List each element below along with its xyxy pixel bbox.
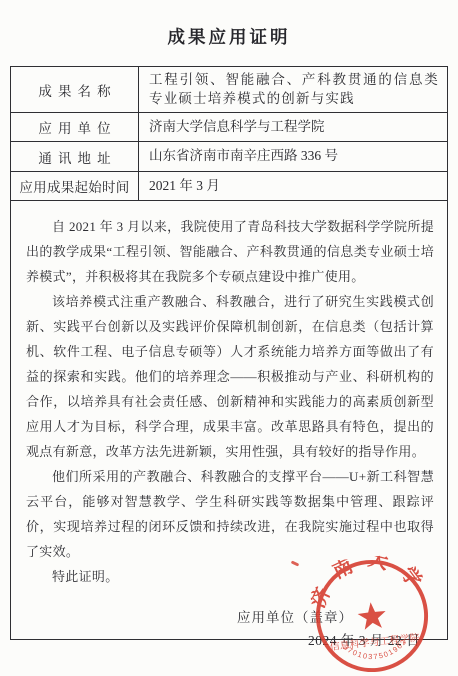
- table-row: 应用单位 济南大学信息科学与工程学院: [11, 113, 447, 142]
- info-table: 成果名称 工程引领、智能融合、产科教贯通的信息类专业硕士培养模式的创新与实践 应…: [11, 67, 447, 201]
- certificate-page: 成果应用证明 成果名称 工程引领、智能融合、产科教贯通的信息类专业硕士培养模式的…: [0, 0, 458, 676]
- row-value-applying-unit: 济南大学信息科学与工程学院: [139, 113, 447, 141]
- row-label-achievement-name: 成果名称: [11, 67, 139, 112]
- body-paragraph-2: 该培养模式注重产教融合、科教融合，进行了研究生实践模式创新、实践平台创新以及实践…: [26, 289, 434, 464]
- body-paragraph-3: 他们所采用的产教融合、科教融合的支撑平台——U+新工科智慧云平台，能够对智慧教学…: [26, 464, 434, 564]
- table-row: 通讯地址 山东省济南市南辛庄西路 336 号: [11, 142, 447, 172]
- row-label-mailing-address: 通讯地址: [11, 142, 139, 171]
- body-paragraph-4: 特此证明。: [26, 564, 434, 589]
- content-border-box: 成果名称 工程引领、智能融合、产科教贯通的信息类专业硕士培养模式的创新与实践 应…: [10, 66, 448, 640]
- row-value-achievement-name: 工程引领、智能融合、产科教贯通的信息类专业硕士培养模式的创新与实践: [139, 67, 447, 112]
- table-row: 成果名称 工程引领、智能融合、产科教贯通的信息类专业硕士培养模式的创新与实践: [11, 67, 447, 113]
- row-value-mailing-address: 山东省济南市南辛庄西路 336 号: [139, 142, 447, 171]
- row-value-start-date: 2021 年 3 月: [139, 172, 447, 200]
- body-text: 自 2021 年 3 月以来，我院使用了青岛科技大学数据科学学院所提出的教学成果…: [11, 201, 447, 589]
- row-label-applying-unit: 应用单位: [11, 113, 139, 141]
- body-paragraph-1: 自 2021 年 3 月以来，我院使用了青岛科技大学数据科学学院所提出的教学成果…: [26, 214, 434, 289]
- signature-unit-label: 应用单位（盖章）: [237, 606, 353, 626]
- signature-date: 2024 年 3 月 22 日: [308, 629, 420, 649]
- row-label-start-date: 应用成果起始时间: [11, 172, 139, 200]
- page-title: 成果应用证明: [0, 24, 458, 49]
- table-row: 应用成果起始时间 2021 年 3 月: [11, 172, 447, 201]
